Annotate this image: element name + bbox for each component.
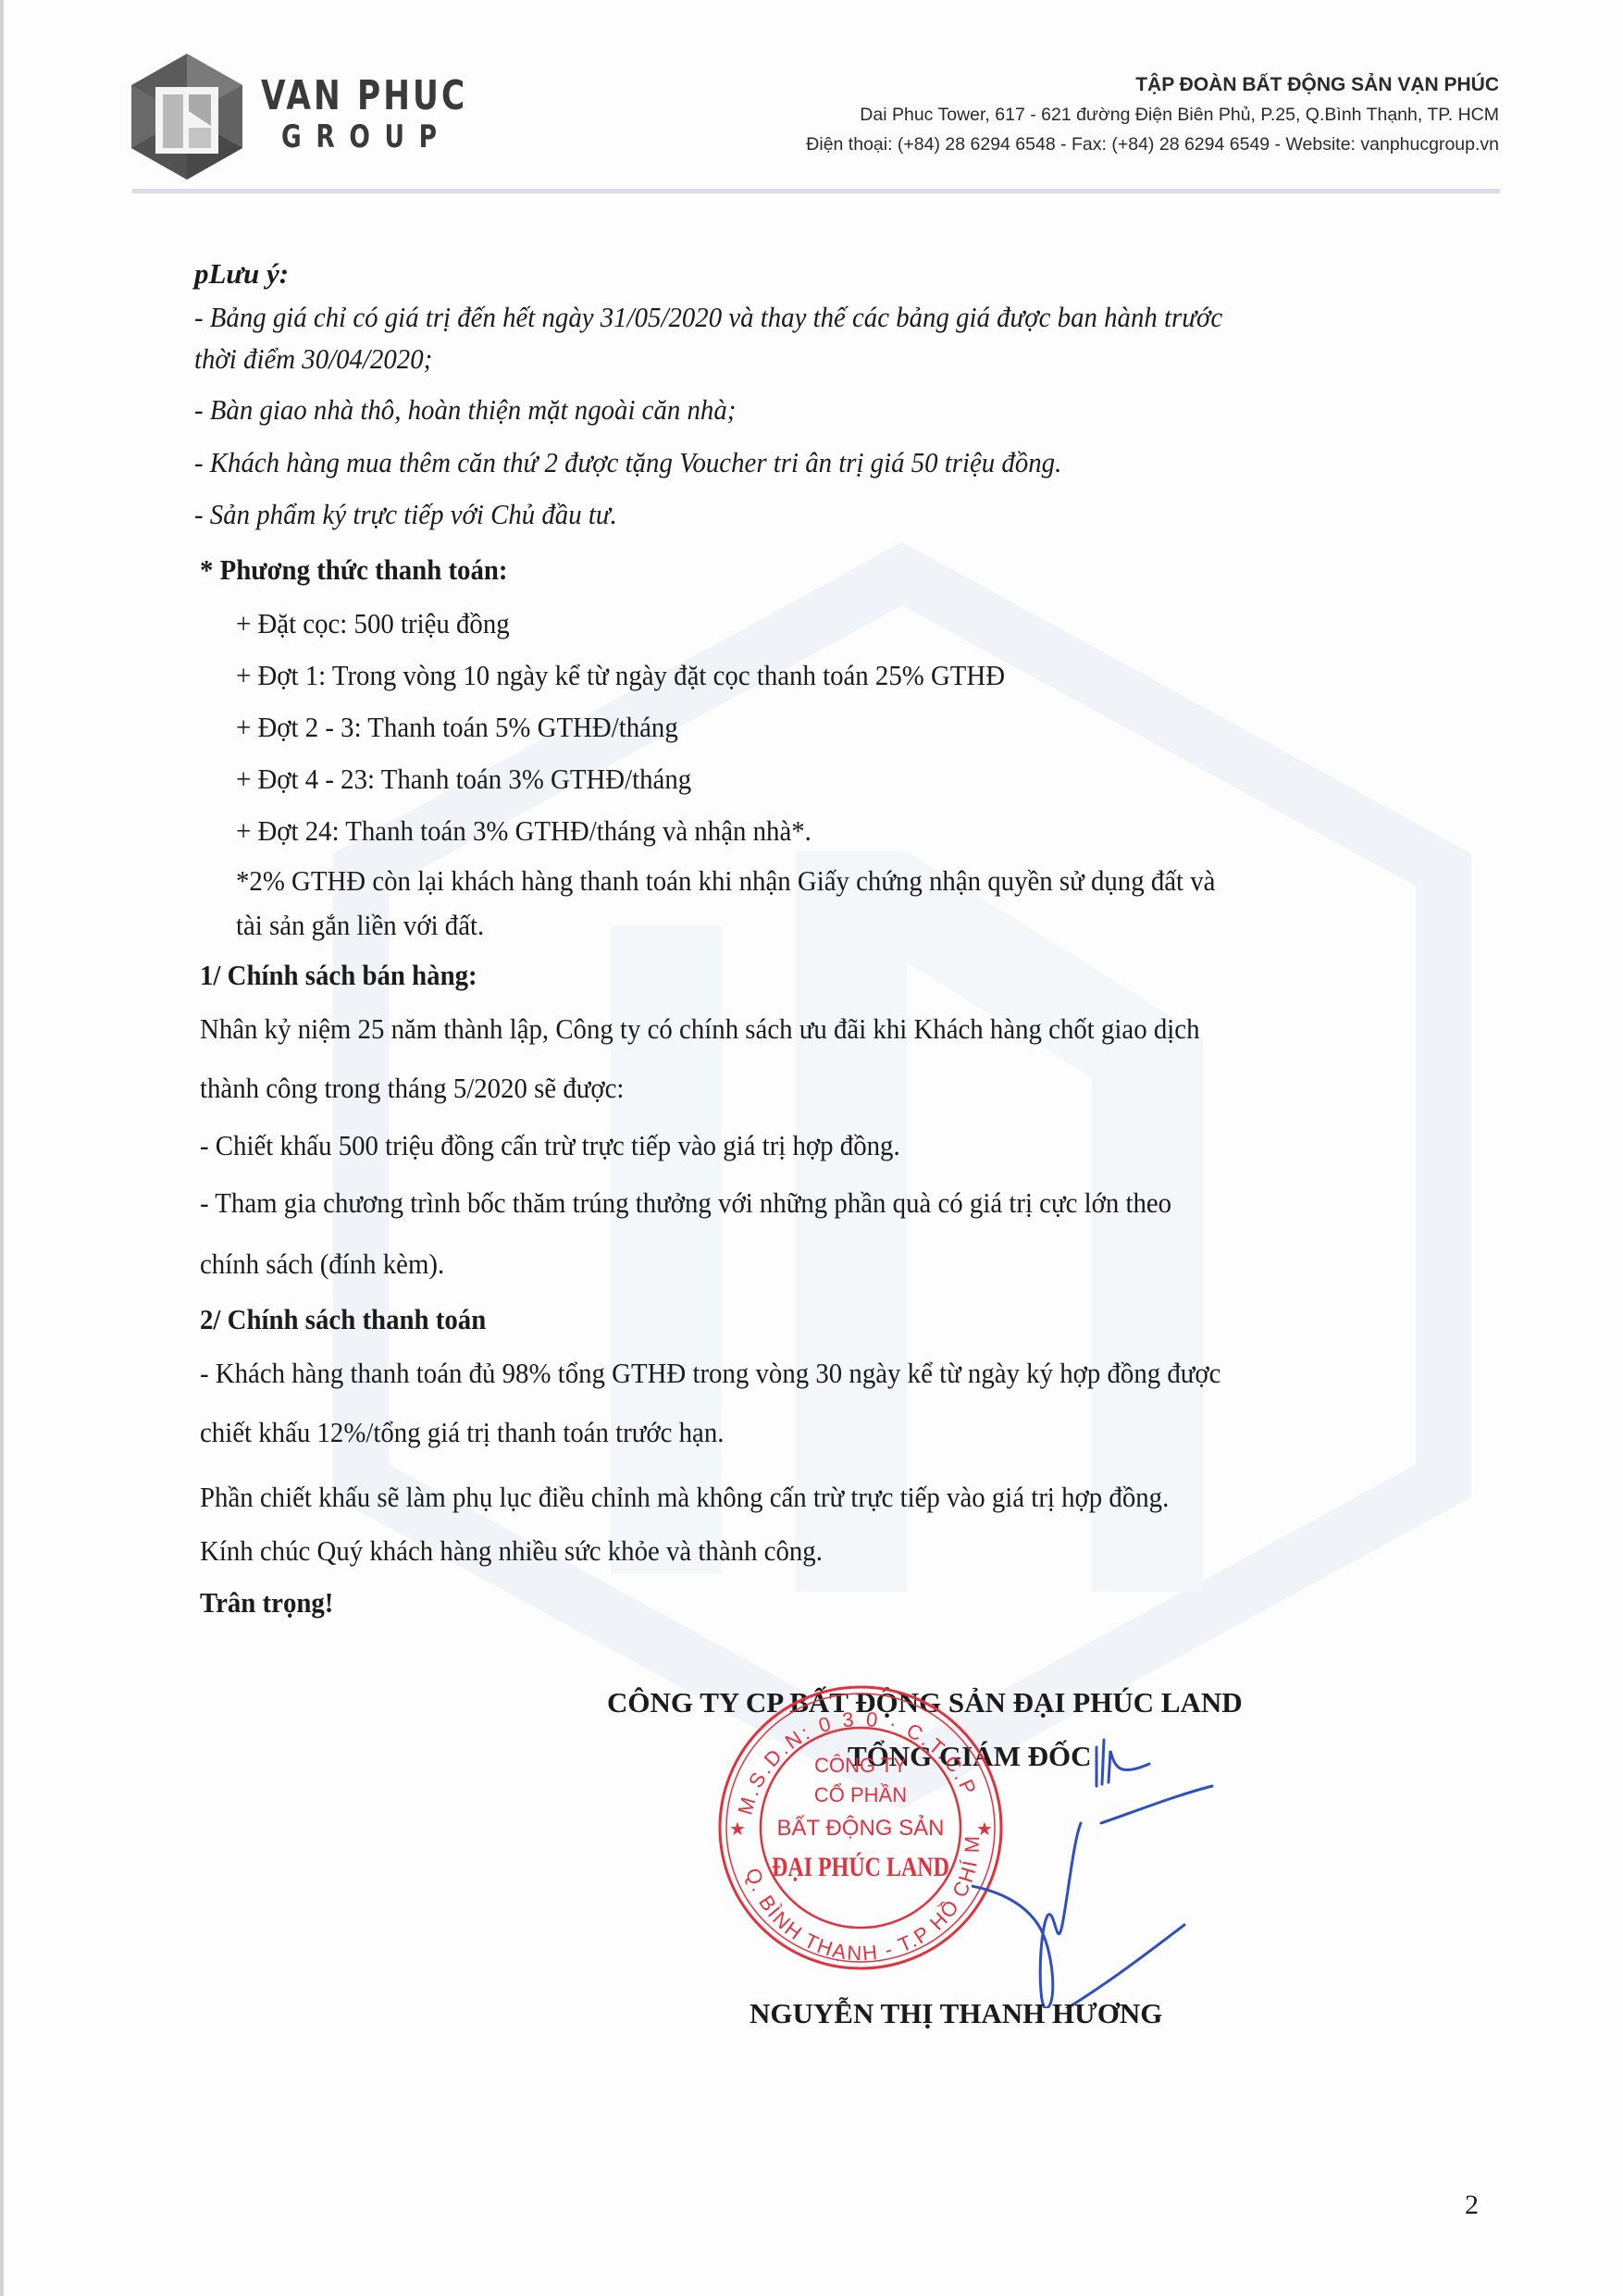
note-item: - Bàn giao nhà thô, hoàn thiện mặt ngoài… [194, 393, 736, 427]
greeting-text: Kính chúc Quý khách hàng nhiều sức khỏe … [200, 1534, 823, 1568]
sales-policy-intro: Nhân kỷ niệm 25 năm thành lập, Công ty c… [200, 1012, 1200, 1046]
payment-item: + Đợt 1: Trong vòng 10 ngày kể từ ngày đ… [236, 659, 1005, 692]
sales-policy-item: - Tham gia chương trình bốc thăm trúng t… [200, 1186, 1171, 1220]
sales-policy-intro: thành công trong tháng 5/2020 sẽ được: [200, 1072, 624, 1105]
svg-text:ĐẠI PHÚC LAND: ĐẠI PHÚC LAND [772, 1851, 949, 1881]
van-phuc-logo-icon [128, 52, 246, 181]
handwritten-signature-icon [972, 1731, 1268, 2008]
brand-subname: GROUP [281, 118, 472, 155]
brand-wordmark: VAN PHUC GROUP [261, 74, 526, 155]
signer-name: NGUYỄN THỊ THANH HƯƠNG [750, 1997, 1162, 2030]
letterhead-info: TẬP ĐOÀN BẤT ĐỘNG SẢN VẠN PHÚC Dai Phuc … [806, 70, 1499, 159]
sales-policy-item: - Chiết khấu 500 triệu đồng cấn trừ trực… [200, 1129, 900, 1162]
note-item: thời điểm 30/04/2020; [194, 342, 432, 376]
document-page: VAN PHUC GROUP TẬP ĐOÀN BẤT ĐỘNG SẢN VẠN… [0, 0, 1623, 2296]
payment-item: + Đợt 2 - 3: Thanh toán 5% GTHĐ/tháng [236, 711, 678, 744]
note-item: - Bảng giá chỉ có giá trị đến hết ngày 3… [194, 301, 1222, 334]
sales-policy-item: chính sách (đính kèm). [200, 1247, 444, 1281]
payment-policy-text: Phần chiết khấu sẽ làm phụ lục điều chỉn… [200, 1481, 1169, 1514]
group-contact: Điện thoại: (+84) 28 6294 6548 - Fax: (+… [806, 130, 1499, 159]
company-stamp-icon: M.S.D.N: 0 3 0 · C.T.C.P Q. BÌNH THẠNH -… [712, 1680, 1009, 1976]
notes-heading: pLưu ý: [194, 257, 289, 291]
payment-policy-heading: 2/ Chính sách thanh toán [200, 1303, 486, 1336]
brand-name: VAN PHUC [261, 74, 467, 118]
note-item: - Sản phẩm ký trực tiếp với Chủ đầu tư. [194, 498, 617, 531]
payment-method-heading: * Phương thức thanh toán: [200, 553, 508, 587]
payment-item: + Đặt cọc: 500 triệu đồng [236, 607, 510, 640]
note-item: - Khách hàng mua thêm căn thứ 2 được tặn… [194, 446, 1061, 479]
payment-policy-text: chiết khấu 12%/tổng giá trị thanh toán t… [200, 1416, 724, 1449]
scan-edge [0, 0, 4, 2296]
payment-footnote: *2% GTHĐ còn lại khách hàng thanh toán k… [236, 864, 1215, 898]
group-title: TẬP ĐOÀN BẤT ĐỘNG SẢN VẠN PHÚC [806, 70, 1499, 100]
page-number: 2 [1465, 2190, 1479, 2221]
svg-text:CÔNG TY: CÔNG TY [814, 1754, 907, 1777]
sales-policy-heading: 1/ Chính sách bán hàng: [200, 959, 477, 992]
group-address: Dai Phuc Tower, 617 - 621 đường Điện Biê… [806, 100, 1499, 130]
payment-item: + Đợt 4 - 23: Thanh toán 3% GTHĐ/tháng [236, 763, 691, 796]
payment-item: + Đợt 24: Thanh toán 3% GTHĐ/tháng và nh… [236, 814, 811, 848]
closing-text: Trân trọng! [200, 1586, 333, 1620]
svg-text:★: ★ [729, 1819, 746, 1840]
svg-text:CỔ PHẦN: CỔ PHẦN [814, 1783, 907, 1806]
header-divider [132, 189, 1500, 193]
payment-footnote: tài sản gắn liền với đất. [236, 909, 484, 942]
payment-policy-text: - Khách hàng thanh toán đủ 98% tổng GTHĐ… [200, 1357, 1220, 1390]
svg-text:BẤT ĐỘNG SẢN: BẤT ĐỘNG SẢN [777, 1814, 945, 1841]
